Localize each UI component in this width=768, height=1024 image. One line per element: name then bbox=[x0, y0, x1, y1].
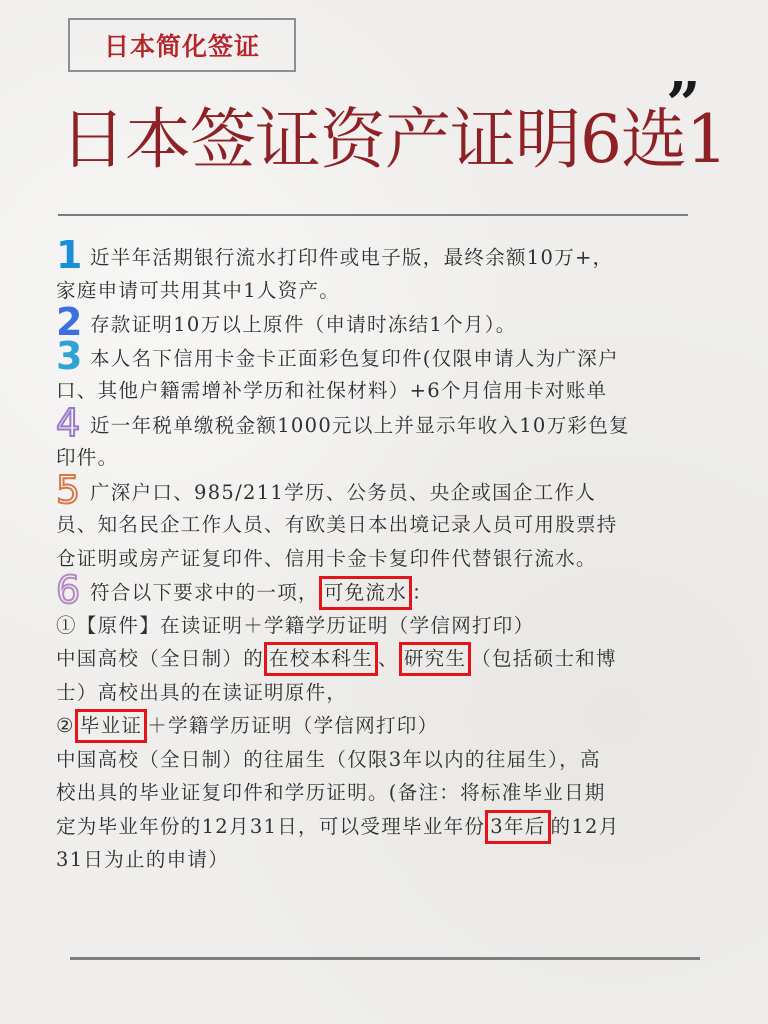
page-title: 日本签证资产证明6选1 bbox=[60, 100, 727, 180]
sub-item-2-line: 31日为止的申请） bbox=[56, 843, 696, 877]
item-text: 中国高校（全日制）的往届生（仅限3年以内的往届生），高 bbox=[56, 748, 601, 771]
number-6-icon: 6 bbox=[56, 575, 90, 605]
list-item-5-cont: 仓证明或房产证复印件、信用卡金卡复印件代替银行流水。 bbox=[56, 542, 696, 576]
number-5-icon: 5 bbox=[56, 475, 90, 505]
item-text: 定为毕业年份的12月31日，可以受理毕业年份 bbox=[56, 815, 485, 838]
number-2-icon: 2 bbox=[56, 307, 90, 337]
list-item-4: 4近一年税单缴税金额1000元以上并显示年收入10万彩色复 bbox=[56, 408, 696, 442]
sub-item-2-line: 中国高校（全日制）的往届生（仅限3年以内的往届生），高 bbox=[56, 743, 696, 777]
item-text: 本人名下信用卡金卡正面彩色复印件(仅限申请人为广深户 bbox=[90, 347, 619, 370]
list-item-2: 2存款证明10万以上原件（申请时冻结1个月）。 bbox=[56, 307, 696, 341]
highlight-undergraduate: 在校本科生 bbox=[264, 642, 378, 676]
sub-item-2-title: ②毕业证＋学籍学历证明（学信网打印） bbox=[56, 709, 696, 743]
highlight-three-years: 3年后 bbox=[485, 810, 550, 844]
highlight-graduate: 研究生 bbox=[399, 642, 471, 676]
item-text: 士）高校出具的在读证明原件， bbox=[56, 681, 347, 704]
requirements-list: 1近半年活期银行流水打印件或电子版，最终余额10万+， 家庭申请可共用其中1人资… bbox=[56, 240, 696, 877]
highlight-diploma: 毕业证 bbox=[75, 709, 147, 743]
item-text: ② bbox=[56, 714, 75, 737]
list-item-3-cont: 口、其他户籍需增补学历和社保材料）+6个月信用卡对账单 bbox=[56, 374, 696, 408]
sub-item-2-line: 定为毕业年份的12月31日，可以受理毕业年份3年后的12月 bbox=[56, 810, 696, 844]
list-item-5-cont: 员、知名民企工作人员、有欧美日本出境记录人员可用股票持 bbox=[56, 508, 696, 542]
item-text: 近一年税单缴税金额1000元以上并显示年收入10万彩色复 bbox=[90, 414, 630, 437]
category-tag: 日本简化签证 bbox=[68, 18, 296, 72]
item-text: 符合以下要求中的一项， bbox=[90, 581, 319, 604]
number-3-icon: 3 bbox=[56, 341, 90, 371]
item-text: ①【原件】在读证明＋学籍学历证明（学信网打印） bbox=[56, 614, 534, 637]
item-text: 广深户口、985/211学历、公务员、央企或国企工作人 bbox=[90, 481, 596, 504]
quote-mark-icon: ” bbox=[666, 70, 701, 140]
item-text: 的12月 bbox=[551, 815, 620, 838]
item-text: 近半年活期银行流水打印件或电子版，最终余额10万+， bbox=[90, 246, 613, 269]
category-tag-label: 日本简化签证 bbox=[104, 27, 260, 63]
item-text: （包括硕士和博 bbox=[471, 647, 617, 670]
item-text: 存款证明10万以上原件（申请时冻结1个月）。 bbox=[90, 313, 517, 336]
number-1-icon: 1 bbox=[56, 240, 90, 270]
item-text: ： bbox=[412, 581, 433, 604]
number-4-icon: 4 bbox=[56, 408, 90, 438]
item-text: ＋学籍学历证明（学信网打印） bbox=[147, 714, 438, 737]
list-item-5: 5广深户口、985/211学历、公务员、央企或国企工作人 bbox=[56, 475, 696, 509]
sub-item-1-line: 中国高校（全日制）的在校本科生、研究生（包括硕士和博 bbox=[56, 642, 696, 676]
top-divider bbox=[58, 214, 688, 216]
sub-item-1-title: ①【原件】在读证明＋学籍学历证明（学信网打印） bbox=[56, 609, 696, 643]
bottom-divider bbox=[70, 957, 700, 960]
item-text: 员、知名民企工作人员、有欧美日本出境记录人员可用股票持 bbox=[56, 513, 618, 536]
item-text: 仓证明或房产证复印件、信用卡金卡复印件代替银行流水。 bbox=[56, 547, 597, 570]
item-text: 、 bbox=[378, 647, 399, 670]
list-item-4-cont: 印件。 bbox=[56, 441, 696, 475]
list-item-1-cont: 家庭申请可共用其中1人资产。 bbox=[56, 274, 696, 308]
list-item-6: 6符合以下要求中的一项，可免流水： bbox=[56, 575, 696, 609]
list-item-3: 3本人名下信用卡金卡正面彩色复印件(仅限申请人为广深户 bbox=[56, 341, 696, 375]
sub-item-2-line: 校出具的毕业证复印件和学历证明。(备注：将标准毕业日期 bbox=[56, 776, 696, 810]
item-text: 家庭申请可共用其中1人资产。 bbox=[56, 279, 340, 302]
sub-item-1-line: 士）高校出具的在读证明原件， bbox=[56, 676, 696, 710]
item-text: 中国高校（全日制）的 bbox=[56, 647, 264, 670]
item-text: 印件。 bbox=[56, 446, 118, 469]
item-text: 31日为止的申请） bbox=[56, 848, 229, 871]
item-text: 口、其他户籍需增补学历和社保材料）+6个月信用卡对账单 bbox=[56, 379, 607, 402]
highlight-no-bank-statement: 可免流水 bbox=[319, 576, 412, 610]
item-text: 校出具的毕业证复印件和学历证明。(备注：将标准毕业日期 bbox=[56, 781, 606, 804]
list-item-1: 1近半年活期银行流水打印件或电子版，最终余额10万+， bbox=[56, 240, 696, 274]
